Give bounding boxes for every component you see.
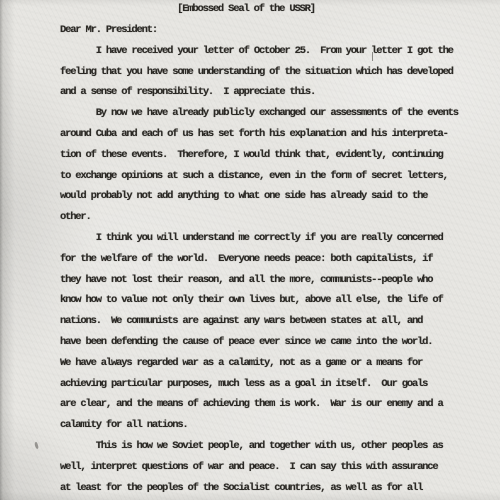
document-line: know how to value not only their own liv… [60, 290, 490, 311]
document-line: This is how we Soviet people, and togeth… [60, 436, 490, 457]
document-line: for the welfare of the world. Everyone n… [60, 249, 490, 270]
document-line: at least for the peoples of the Socialis… [60, 478, 490, 499]
document-line: and a sense of responsibility. I appreci… [60, 82, 490, 103]
document-line: around Cuba and each of us has set forth… [60, 124, 490, 145]
document-line: feeling that you have some understanding… [60, 62, 490, 83]
letter-text-lines: I have received your letter of October 2… [60, 41, 490, 499]
scan-speck [238, 230, 240, 232]
scan-smudge-mark [34, 442, 39, 450]
document-line: have been defending the cause of peace e… [60, 332, 490, 353]
document-line: other. [60, 207, 490, 228]
scan-stray-mark [372, 52, 373, 61]
document-line: By now we have already publicly exchange… [60, 103, 490, 124]
document-line: to exchange opinions at such a distance,… [60, 166, 490, 187]
document-line: well, interpret questions of war and pea… [60, 457, 490, 478]
scanned-letter-page: { "page": { "seal_caption": "[Embossed S… [0, 0, 500, 500]
document-line: I think you will understand me correctly… [60, 228, 490, 249]
salutation: Dear Mr. President: [60, 20, 490, 41]
document-line: would probably not add anything to what … [60, 186, 490, 207]
document-line: tion of these events. Therefore, I would… [60, 145, 490, 166]
letter-body: Dear Mr. President: I have received your… [60, 20, 490, 498]
document-line: achieving particular purposes, much less… [60, 374, 490, 395]
document-line: We have always regarded war as a calamit… [60, 353, 490, 374]
document-line: calamity for all nations. [60, 415, 490, 436]
embossed-seal-caption: [Embossed Seal of the USSR] [0, 2, 492, 16]
document-line: nations. We communists are against any w… [60, 311, 490, 332]
document-line: are clear, and the means of achieving th… [60, 394, 490, 415]
scan-speck [186, 110, 188, 112]
document-line: I have received your letter of October 2… [60, 41, 490, 62]
document-line: they have not lost their reason, and all… [60, 270, 490, 291]
